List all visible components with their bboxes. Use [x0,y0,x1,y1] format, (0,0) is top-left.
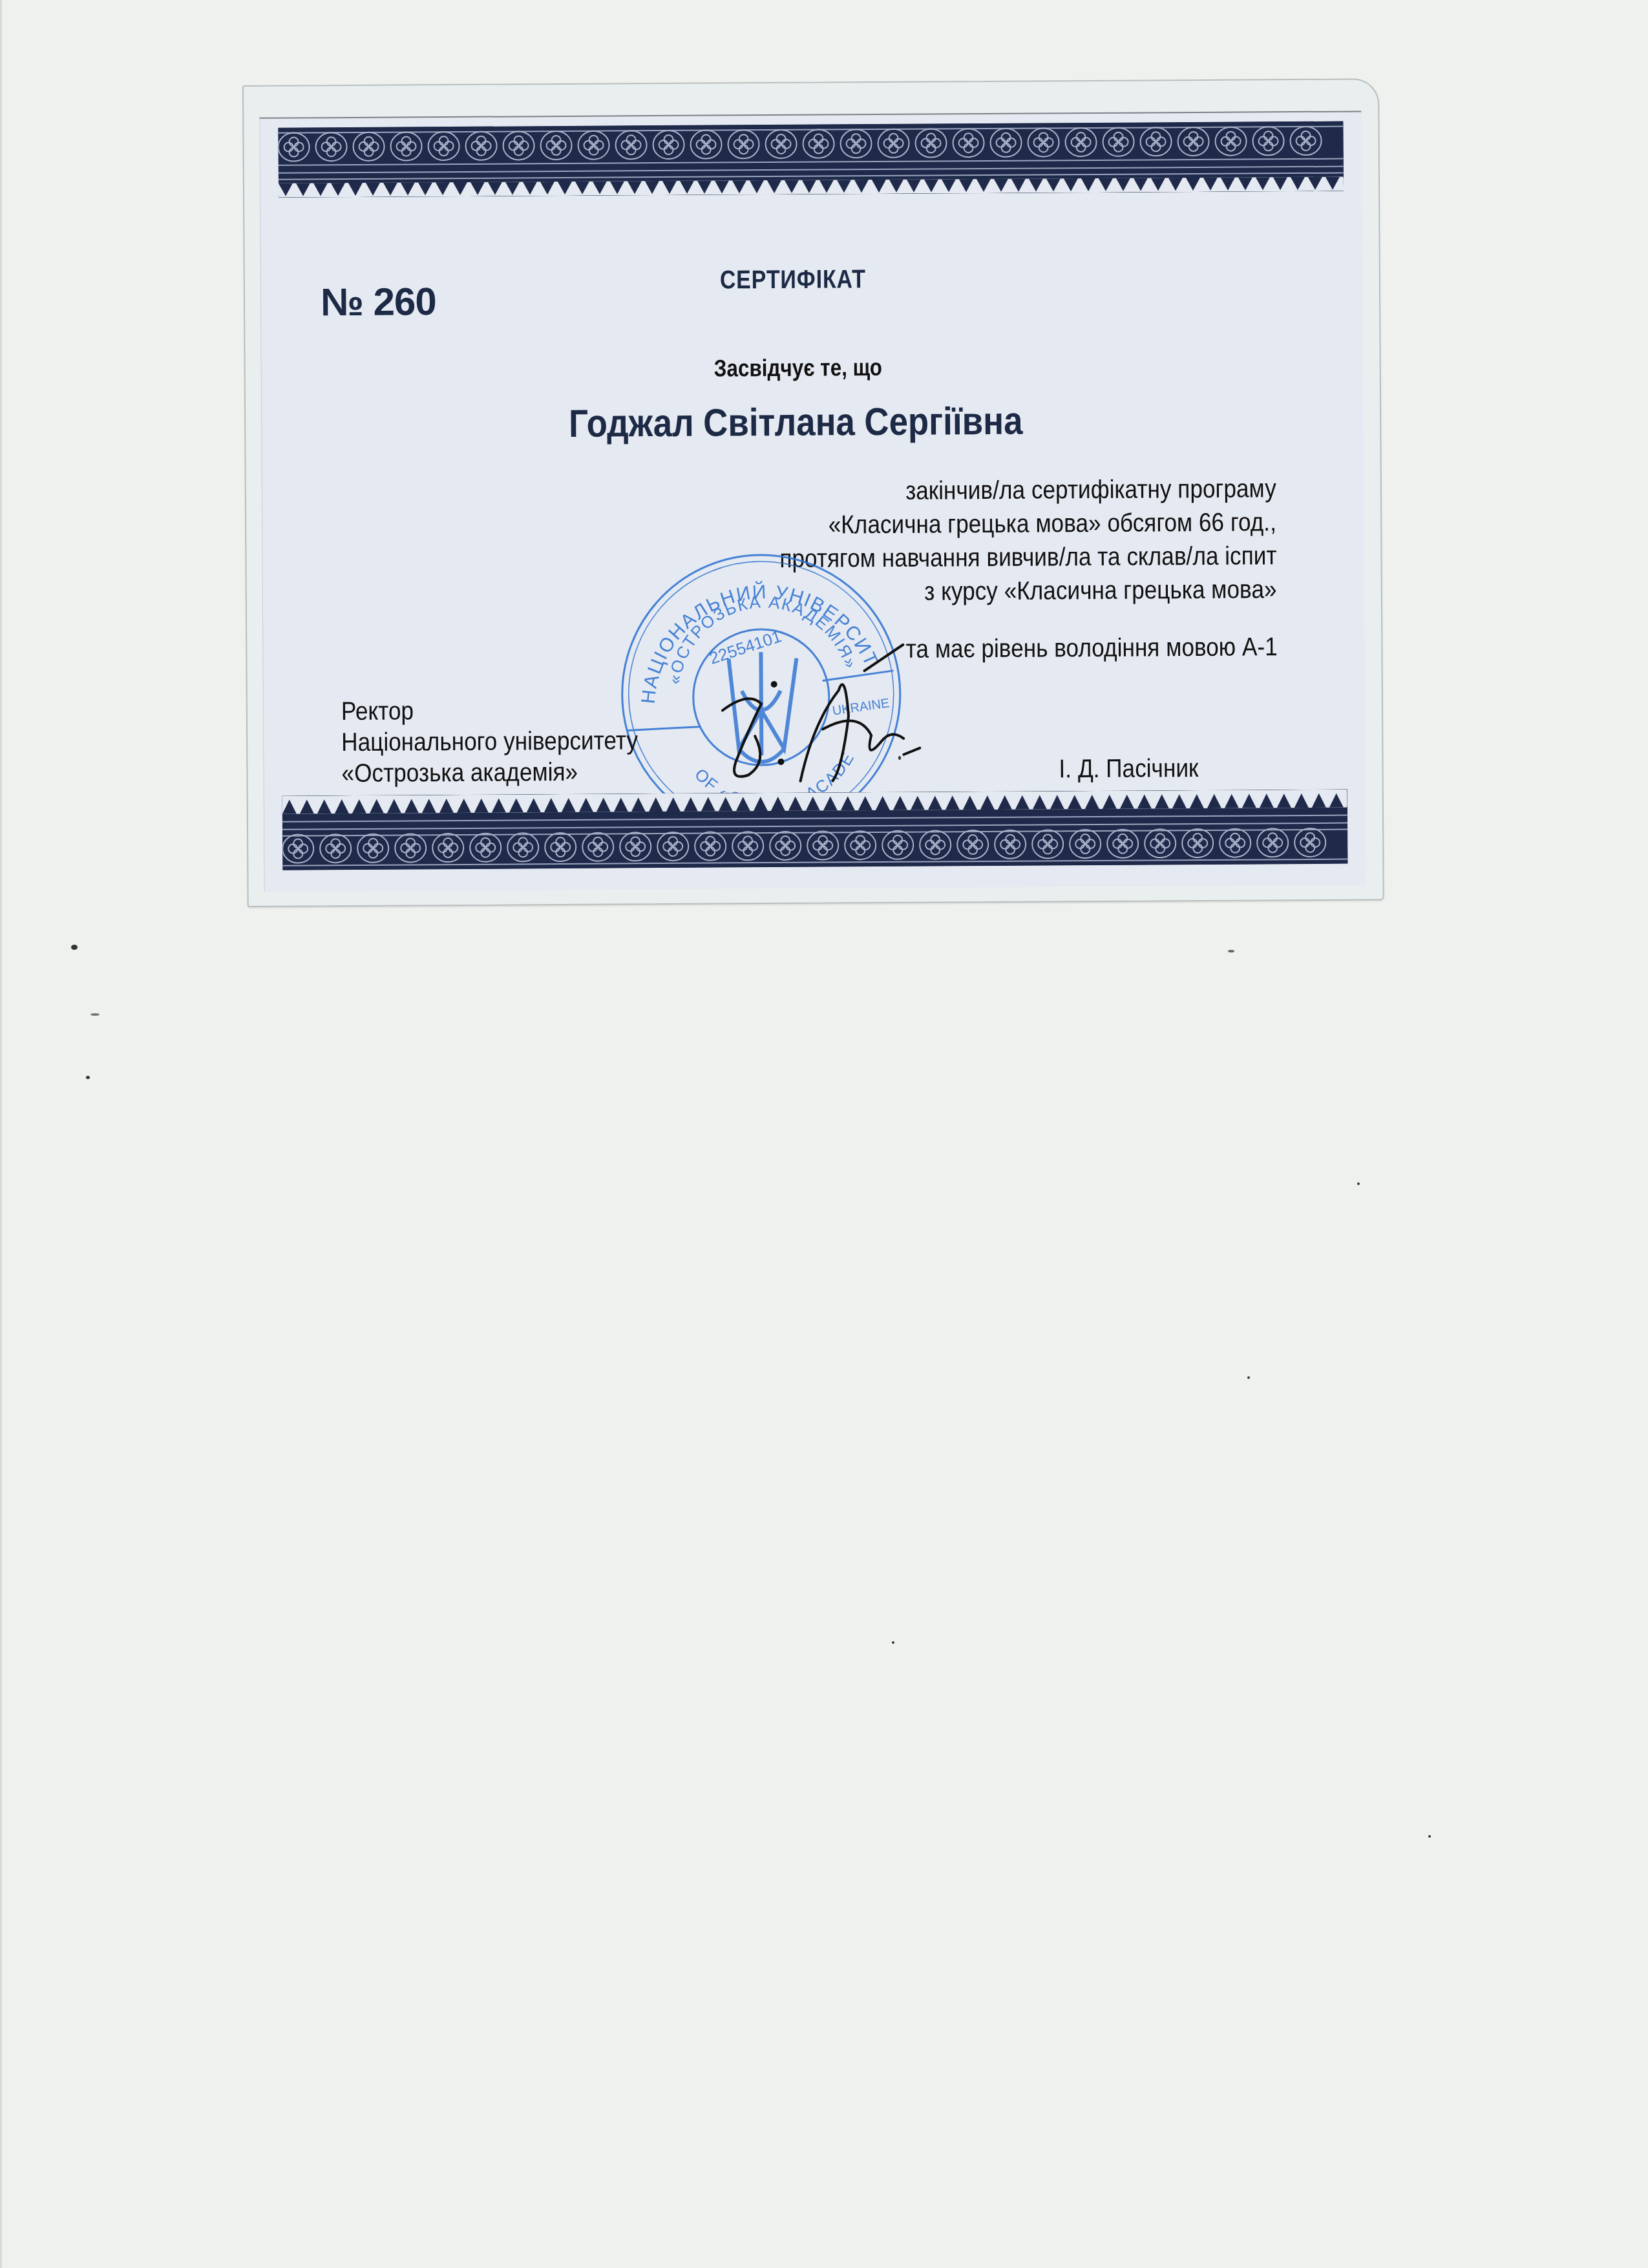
certificate-card: № 260 СЕРТИФІКАТ Засвідчує те, що Годжал… [259,110,1366,891]
scan-speck [898,756,901,760]
scan-speck [86,1076,90,1079]
bottom-ornamental-border [282,790,1348,870]
recipient-name: Годжал Світлана Сергіївна [569,399,1023,446]
laminated-certificate: № 260 СЕРТИФІКАТ Засвідчує те, що Годжал… [242,78,1384,907]
scan-speck [892,1641,894,1644]
scan-speck [71,945,78,950]
certificate-number: № 260 [321,279,436,324]
scan-speck [1228,950,1234,952]
scan-speck [1247,1376,1250,1379]
rector-signature [709,632,924,795]
certifies-label: Засвідчує те, що [714,354,883,383]
signatory-name: І. Д. Пасічник [1059,754,1198,784]
body-line: «Класична грецька мова» обсягом 66 год., [829,508,1276,540]
rector-title: Ректор [341,697,414,726]
scan-edge [0,0,2,2268]
scan-speck [1428,1835,1431,1838]
scan-speck [1357,1182,1360,1185]
certificate-title: СЕРТИФІКАТ [720,265,866,295]
body-line: з курсу «Класична грецька мова» [924,575,1277,606]
rector-university-name: «Острозька академія» [341,758,578,788]
body-line: закінчив/ла сертифікатну програму [905,474,1276,506]
language-level: та має рівень володіння мовою А-1 [905,633,1277,664]
top-ornamental-border [278,121,1344,198]
scan-speck [90,1013,100,1016]
rector-university: Національного університету [341,726,638,757]
